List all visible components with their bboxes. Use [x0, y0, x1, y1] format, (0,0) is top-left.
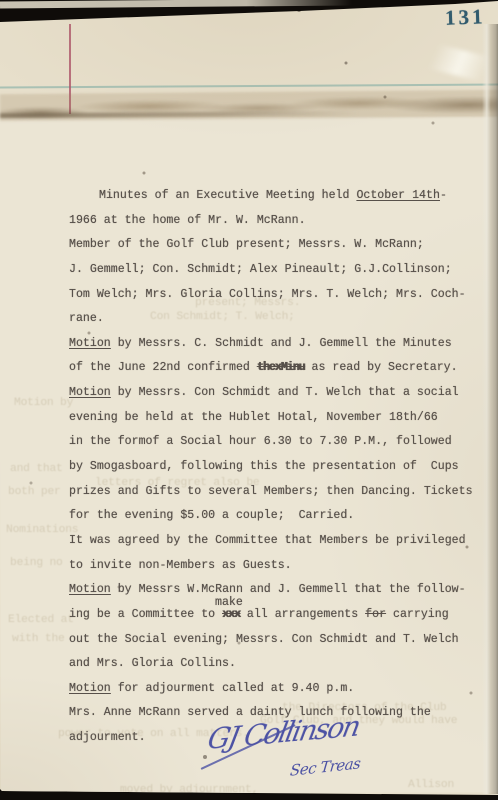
typed-segment: all arrangements [240, 608, 365, 621]
typed-segment: 1966 at the home of Mr. W. McRann. [69, 214, 306, 227]
ghost-text-line: Nominations [6, 524, 78, 536]
typed-segment: Motion [69, 337, 111, 350]
typed-segment: Motion [69, 583, 111, 596]
typed-segment: of the June 22nd confirmed [69, 361, 257, 374]
typed-line: It was agreed by the Committee that Memb… [69, 529, 484, 554]
typed-segment: make [215, 596, 243, 609]
typed-line: Motion for adjourment called at 9.40 p.m… [69, 677, 484, 702]
ghost-text-line: Motion by [14, 397, 73, 409]
signature-title: Sec Treas [289, 754, 361, 780]
ghost-text-line: letters of regret also be [95, 477, 259, 489]
signature-flourish [201, 724, 296, 769]
signature-name: GJ Collinson [205, 709, 362, 756]
typed-line: adjourment. [69, 726, 484, 751]
stain-shadow [0, 111, 360, 119]
typed-line: and Mrs. Gloria Collins. [69, 652, 484, 677]
typed-line: of the June 22nd confirmed thexMinu as r… [69, 356, 484, 381]
typed-segment: for [365, 608, 386, 621]
typed-line: in the formof a Social hour 6.30 to 7.30… [69, 430, 484, 455]
typed-segment: out the Social evening; Messrs. Con Schm… [69, 633, 459, 646]
typed-segment: Motion [69, 386, 111, 399]
typed-line: evening be held at the Hublet Hotal, Nov… [69, 406, 484, 431]
typed-segment: October 14th [356, 189, 440, 202]
typed-segment: Motion [69, 682, 111, 695]
typed-line: prizes and Gifts to several Members; the… [69, 480, 484, 505]
typed-line: J. Gemmell; Con. Schmidt; Alex Pineault;… [69, 258, 484, 283]
ledger-rule-line [0, 83, 498, 88]
typed-segment: to invite non-Members as Guests. [69, 559, 292, 572]
typed-line: Minutes of an Executive Meeting held Oct… [69, 184, 484, 209]
typed-line: Mrs. Anne McRann served a dainty lunch f… [69, 701, 484, 726]
typed-line: rane. [69, 307, 484, 332]
typed-line: Motion by Messrs. Con Schmidt and T. Wel… [69, 381, 484, 406]
typed-segment: prizes and Gifts to several Members; the… [69, 485, 473, 498]
typed-line: by Smogasboard, following this the prese… [69, 455, 484, 480]
typed-segment: evening be held at the Hublet Hotal, Nov… [69, 411, 438, 424]
ghost-text-line: and that [10, 463, 63, 475]
typed-segment: by Messrs W.McRann and J. Gemmell that t… [111, 583, 466, 596]
typed-line: Tom Welch; Mrs. Gloria Collins; Mrs. T. … [69, 283, 484, 308]
typed-line: to invite non-Members as Guests. [69, 554, 484, 579]
pasted-typed-sheet [0, 116, 498, 793]
ledger-page: 131 present; Messrs.Con Schmidt; T. Welc… [0, 0, 498, 800]
typed-segment: carrying [386, 608, 449, 621]
typed-segment: rane. [69, 312, 104, 325]
typed-segment: adjourment. [69, 731, 146, 744]
typed-line: Member of the Golf Club present; Messrs.… [69, 233, 484, 258]
typed-segment: Tom Welch; Mrs. Gloria Collins; Mrs. T. … [69, 288, 466, 301]
typed-segment: ing be a Committee to [69, 608, 222, 621]
ghost-text-line: with the [12, 633, 65, 645]
typed-segment: xxx [222, 608, 240, 621]
typed-line: out the Social evening; Messrs. Con Schm… [69, 628, 484, 653]
typed-segment: Mrs. Anne McRann served a dainty lunch f… [69, 706, 431, 719]
page-right-edge [482, 24, 498, 794]
signature: GJ Collinson Sec Treas [208, 716, 418, 786]
ghost-text-line: moved by adjournment, [120, 784, 258, 796]
underlying-page-edge [0, 0, 352, 9]
typed-line: 1966 at the home of Mr. W. McRann. [69, 209, 484, 234]
paper-crease [426, 43, 494, 84]
ghost-text-line: power to vote on all matters. [58, 728, 249, 740]
glue-stain-band [0, 90, 498, 121]
ghost-text-line: being no [10, 557, 63, 569]
typed-line: for the evening $5.00 a couple; Carried. [69, 504, 484, 529]
typed-line: ing be a Committee to xxx all arrangemen… [69, 603, 484, 628]
typed-segment: for adjourment called at 9.40 p.m. [111, 682, 355, 695]
typed-segment: thexMinu [257, 361, 305, 374]
typed-segment: It was agreed by the Committee that Memb… [69, 534, 466, 547]
typed-segment: as read by Secretary. [305, 361, 458, 374]
typed-segment: Member of the Golf Club present; Messrs.… [69, 238, 424, 251]
page-number: 131 [444, 4, 485, 30]
typed-line: Motion by Messrs. C. Schmidt and J. Gemm… [69, 332, 484, 357]
typed-segment: in the formof a Social hour 6.30 to 7.30… [69, 435, 452, 448]
margin-rule-line [69, 24, 71, 114]
typed-segment: J. Gemmell; Con. Schmidt; Alex Pineault;… [69, 263, 452, 276]
ghost-text-line: Con Schmidt; T. Welch; [150, 311, 295, 323]
typed-segment: by Messrs. C. Schmidt and J. Gemmell the… [111, 337, 452, 350]
typed-segment: and Mrs. Gloria Collins. [69, 657, 236, 670]
typed-segment: Minutes of an Executive Meeting held [99, 189, 356, 202]
scanned-minutes-page: 131 present; Messrs.Con Schmidt; T. Welc… [0, 0, 498, 800]
ghost-text-line: both per [8, 486, 61, 498]
ghost-text-line: the Directors of the Club [282, 702, 446, 714]
ghost-text-line: Elected at [8, 614, 74, 626]
typed-minutes-text: Minutes of an Executive Meeting held Oct… [69, 184, 484, 751]
ghost-text-line: Allison [408, 779, 454, 791]
typed-segment: for the evening $5.00 a couple; Carried. [69, 509, 354, 522]
typed-segment: by Messrs. Con Schmidt and T. Welch that… [111, 386, 459, 399]
typed-segment: - [440, 189, 447, 202]
typed-segment: by Smogasboard, following this the prese… [69, 460, 459, 473]
ghost-text-line: present; Messrs. [195, 297, 300, 309]
typed-line: Motion by Messrs W.McRann and J. Gemmell… [69, 578, 484, 603]
ghost-text-line: Golf Club, and they would have [260, 715, 457, 727]
